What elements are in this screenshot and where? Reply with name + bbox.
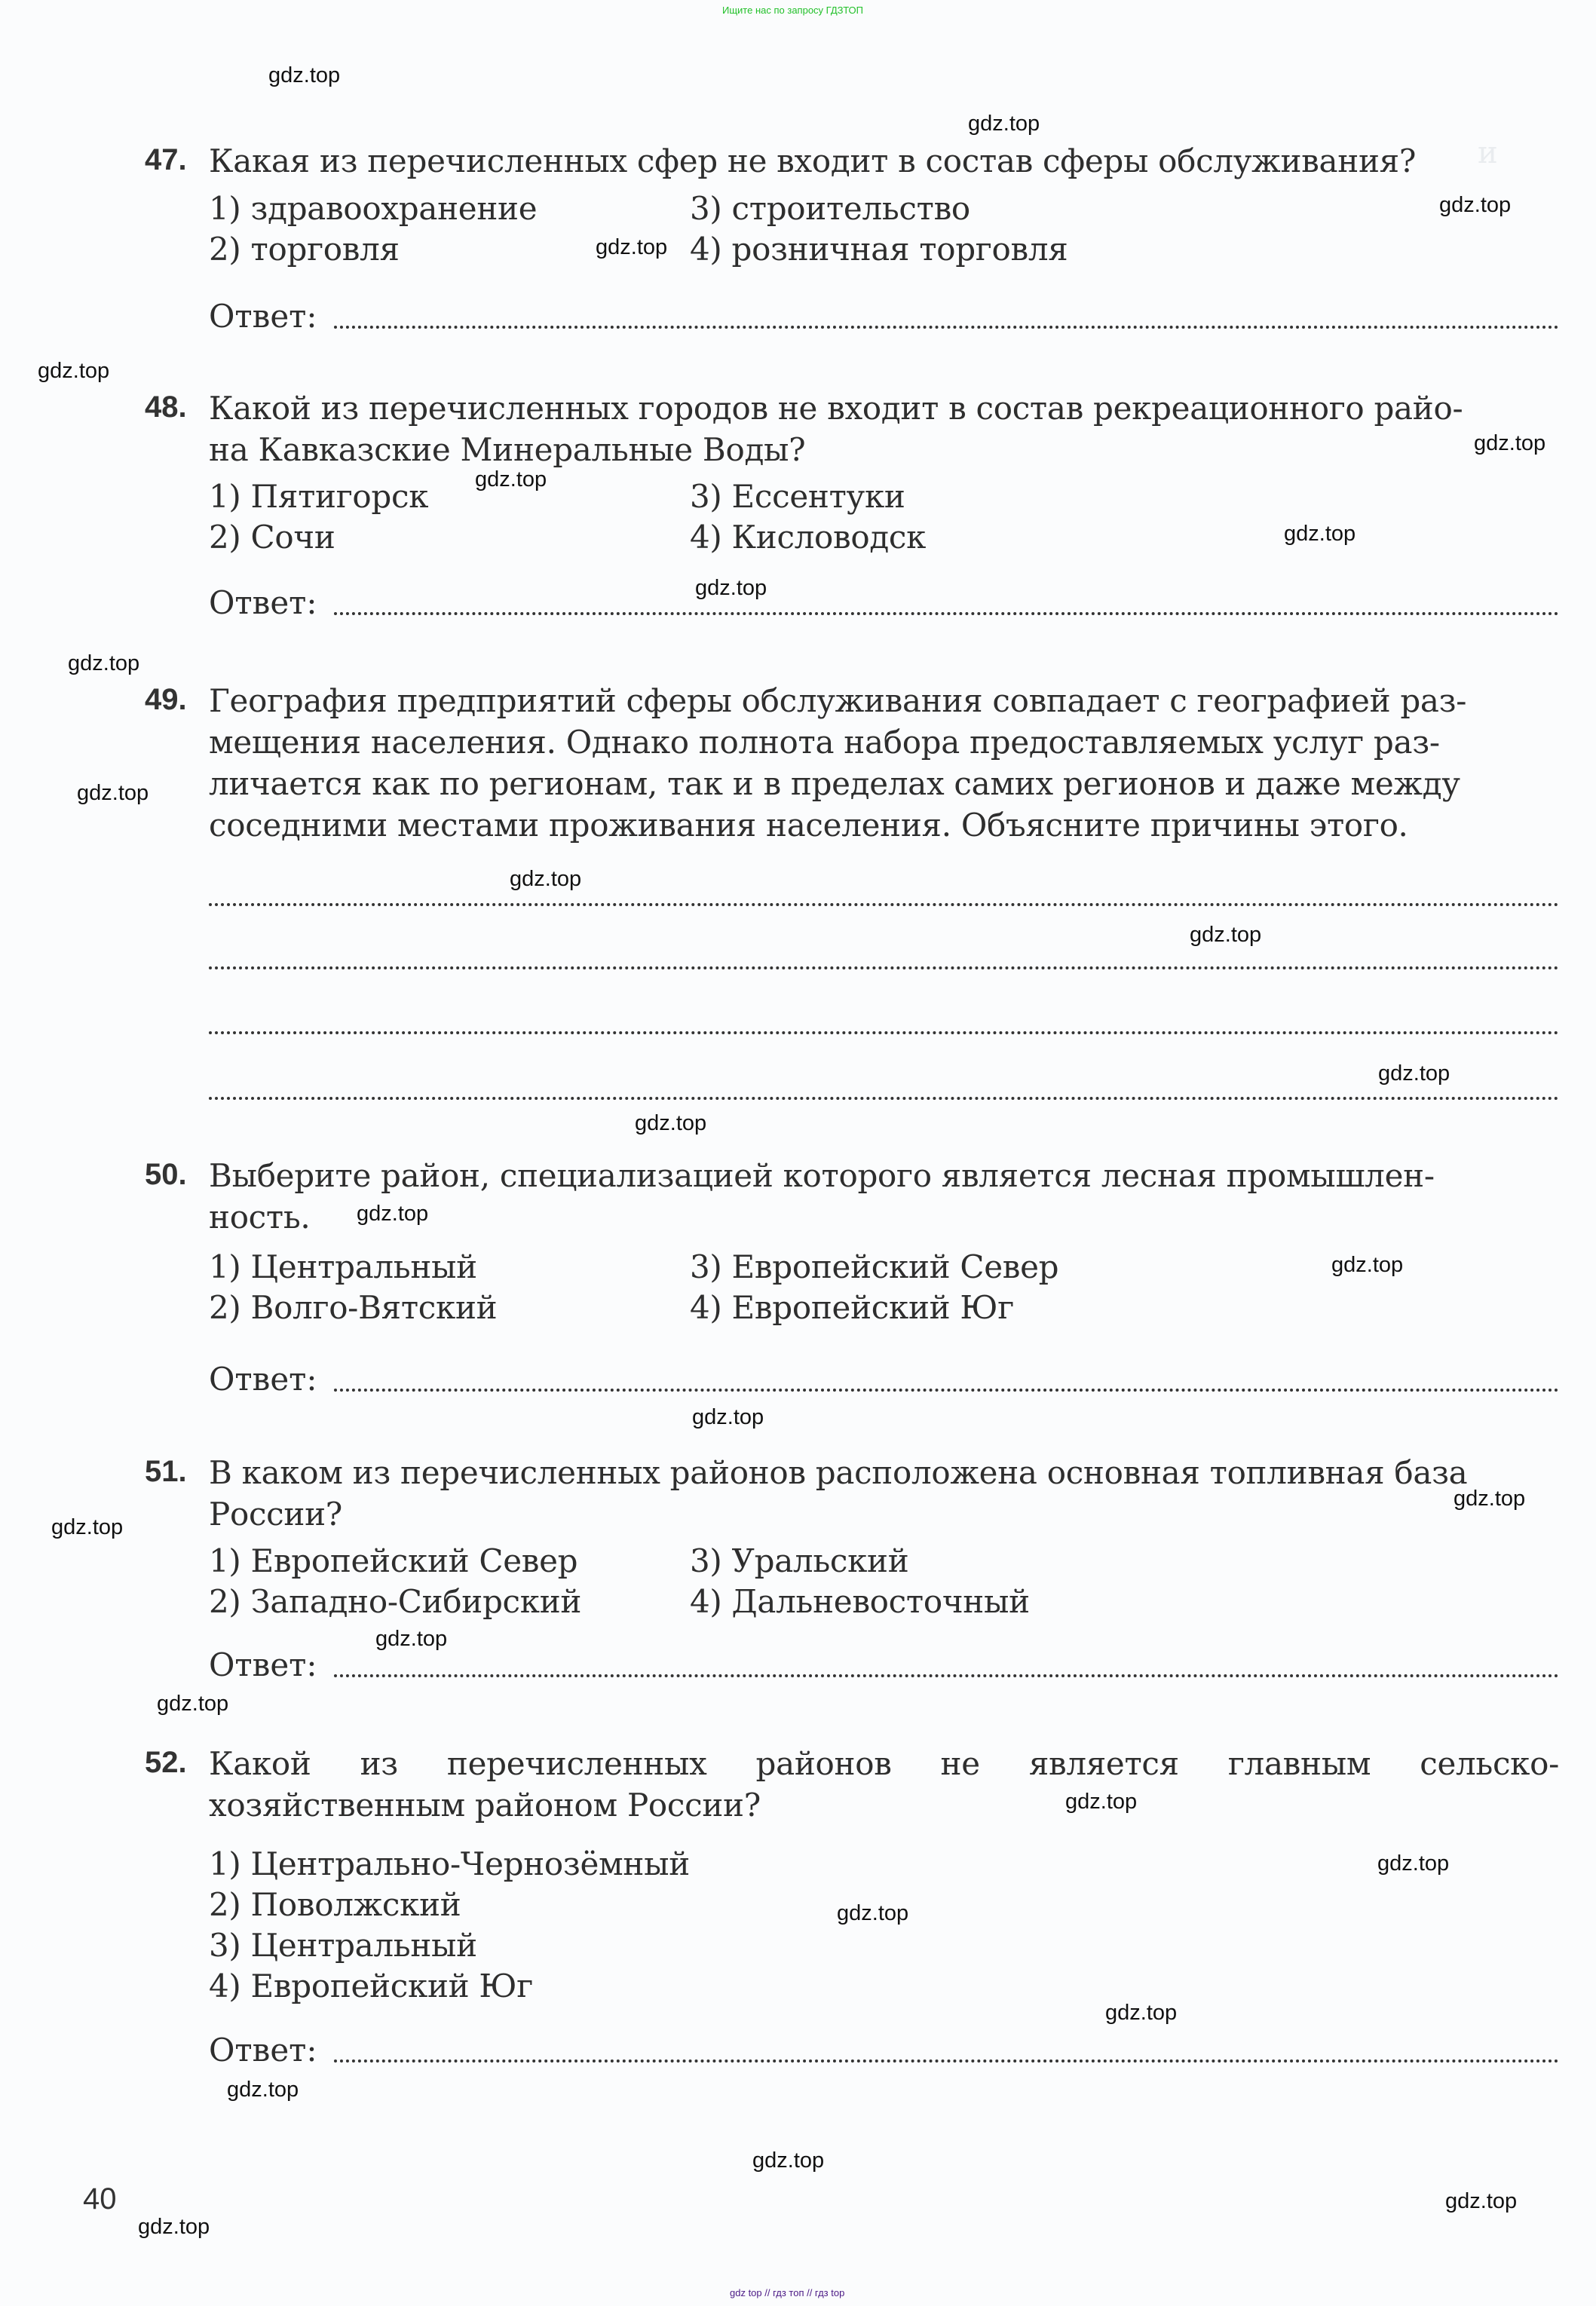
watermark: gdz.top (38, 359, 109, 384)
page-number: 40 (83, 2182, 117, 2216)
question-text-line-2: мещения населения. Однако полнота набора… (209, 721, 1440, 763)
option-4[interactable]: 4) Европейский Юг (690, 1289, 1014, 1326)
watermark: gdz.top (596, 235, 667, 260)
option-3[interactable]: 3) Европейский Север (690, 1248, 1058, 1285)
watermark: gdz.top (692, 1405, 764, 1430)
watermark: gdz.top (1331, 1253, 1403, 1278)
question-text-line-1: Выберите район, специализацией которого … (209, 1155, 1435, 1196)
watermark: gdz.top (1377, 1851, 1449, 1876)
watermark: gdz.top (77, 781, 149, 806)
question-text-line-1: Какой из перечисленных районов не являет… (209, 1743, 1559, 1784)
watermark: gdz.top (475, 467, 547, 492)
option-2[interactable]: 2) Сочи (209, 519, 335, 556)
search-banner[interactable]: Ищите нас по запросу ГДЗТОП (722, 5, 863, 16)
question-text-line-1: В каком из перечисленных районов располо… (209, 1452, 1467, 1493)
question-number: 50. (145, 1158, 187, 1192)
answer-label: Ответ: (209, 584, 317, 621)
option-1[interactable]: 1) Центрально-Чернозёмный (209, 1845, 690, 1882)
option-1[interactable]: 1) Пятигорск (209, 478, 428, 515)
watermark: gdz.top (68, 651, 139, 676)
watermark: gdz.top (157, 1692, 228, 1716)
question-text-line-1: Какой из перечисленных городов не входит… (209, 387, 1463, 429)
watermark: gdz.top (837, 1901, 908, 1926)
watermark: gdz.top (968, 112, 1040, 136)
option-2[interactable]: 2) торговля (209, 231, 400, 268)
option-3[interactable]: 3) строительство (690, 190, 970, 227)
answer-field[interactable] (334, 326, 1559, 329)
option-4[interactable]: 4) Европейский Юг (209, 1968, 533, 2004)
option-4[interactable]: 4) розничная торговля (690, 231, 1068, 268)
answer-label: Ответ: (209, 2032, 317, 2069)
watermark: gdz.top (138, 2215, 210, 2240)
answer-field[interactable] (334, 2059, 1559, 2063)
option-3[interactable]: 3) Центральный (209, 1927, 477, 1964)
option-2[interactable]: 2) Западно-Сибирский (209, 1583, 581, 1620)
question-text-line-2: хозяйственным районом России? (209, 1784, 761, 1826)
watermark: gdz.top (510, 867, 581, 892)
watermark: gdz.top (375, 1627, 447, 1652)
question-text-line-2: России? (209, 1493, 342, 1535)
question-text-line-4: соседними местами проживания населения. … (209, 804, 1408, 846)
option-1[interactable]: 1) здравоохранение (209, 190, 537, 227)
footer-links[interactable]: gdz top // гдз топ // гдз top (730, 2287, 844, 2298)
answer-field[interactable] (334, 1389, 1559, 1392)
watermark: gdz.top (1284, 522, 1356, 547)
watermark: gdz.top (1454, 1487, 1525, 1511)
answer-field[interactable] (334, 1674, 1559, 1677)
question-number: 48. (145, 390, 187, 424)
question-text-line-2: ность. (209, 1196, 310, 1238)
watermark: gdz.top (1105, 2001, 1177, 2026)
question-text-line-2: на Кавказские Минеральные Воды? (209, 429, 805, 470)
question-number: 49. (145, 683, 187, 717)
watermark: gdz.top (1474, 431, 1545, 456)
question-text-line-3: личается как по регионам, так и в предел… (209, 763, 1460, 804)
question-number: 52. (145, 1746, 187, 1780)
watermark: gdz.top (1065, 1790, 1137, 1814)
answer-line-4[interactable] (209, 1097, 1559, 1100)
watermark: gdz.top (1190, 923, 1261, 948)
question-text-line-1: География предприятий сферы обслуживания… (209, 680, 1466, 721)
option-3[interactable]: 3) Ессентуки (690, 478, 905, 515)
option-1[interactable]: 1) Центральный (209, 1248, 477, 1285)
option-4[interactable]: 4) Дальневосточный (690, 1583, 1030, 1620)
watermark: gdz.top (695, 576, 767, 601)
answer-label: Ответ: (209, 1646, 317, 1683)
option-1[interactable]: 1) Европейский Север (209, 1542, 577, 1579)
bleed-through-text: и (1478, 136, 1498, 170)
answer-field[interactable] (334, 612, 1559, 615)
answer-line-3[interactable] (209, 1031, 1559, 1034)
watermark: gdz.top (1445, 2189, 1517, 2214)
option-2[interactable]: 2) Волго-Вятский (209, 1289, 497, 1326)
watermark: gdz.top (635, 1111, 706, 1136)
answer-label: Ответ: (209, 298, 317, 335)
watermark: gdz.top (357, 1202, 428, 1226)
watermark: gdz.top (51, 1515, 123, 1540)
watermark: gdz.top (1439, 193, 1511, 218)
option-4[interactable]: 4) Кисловодск (690, 519, 926, 556)
watermark: gdz.top (752, 2148, 824, 2173)
watermark: gdz.top (227, 2078, 299, 2102)
question-number: 47. (145, 143, 187, 177)
answer-line-1[interactable] (209, 903, 1559, 906)
answer-line-2[interactable] (209, 966, 1559, 969)
option-3[interactable]: 3) Уральский (690, 1542, 908, 1579)
option-2[interactable]: 2) Поволжский (209, 1886, 461, 1923)
question-number: 51. (145, 1455, 187, 1489)
question-text: Какая из перечисленных сфер не входит в … (209, 140, 1416, 182)
watermark: gdz.top (1378, 1061, 1450, 1086)
watermark: gdz.top (268, 63, 340, 88)
answer-label: Ответ: (209, 1361, 317, 1398)
